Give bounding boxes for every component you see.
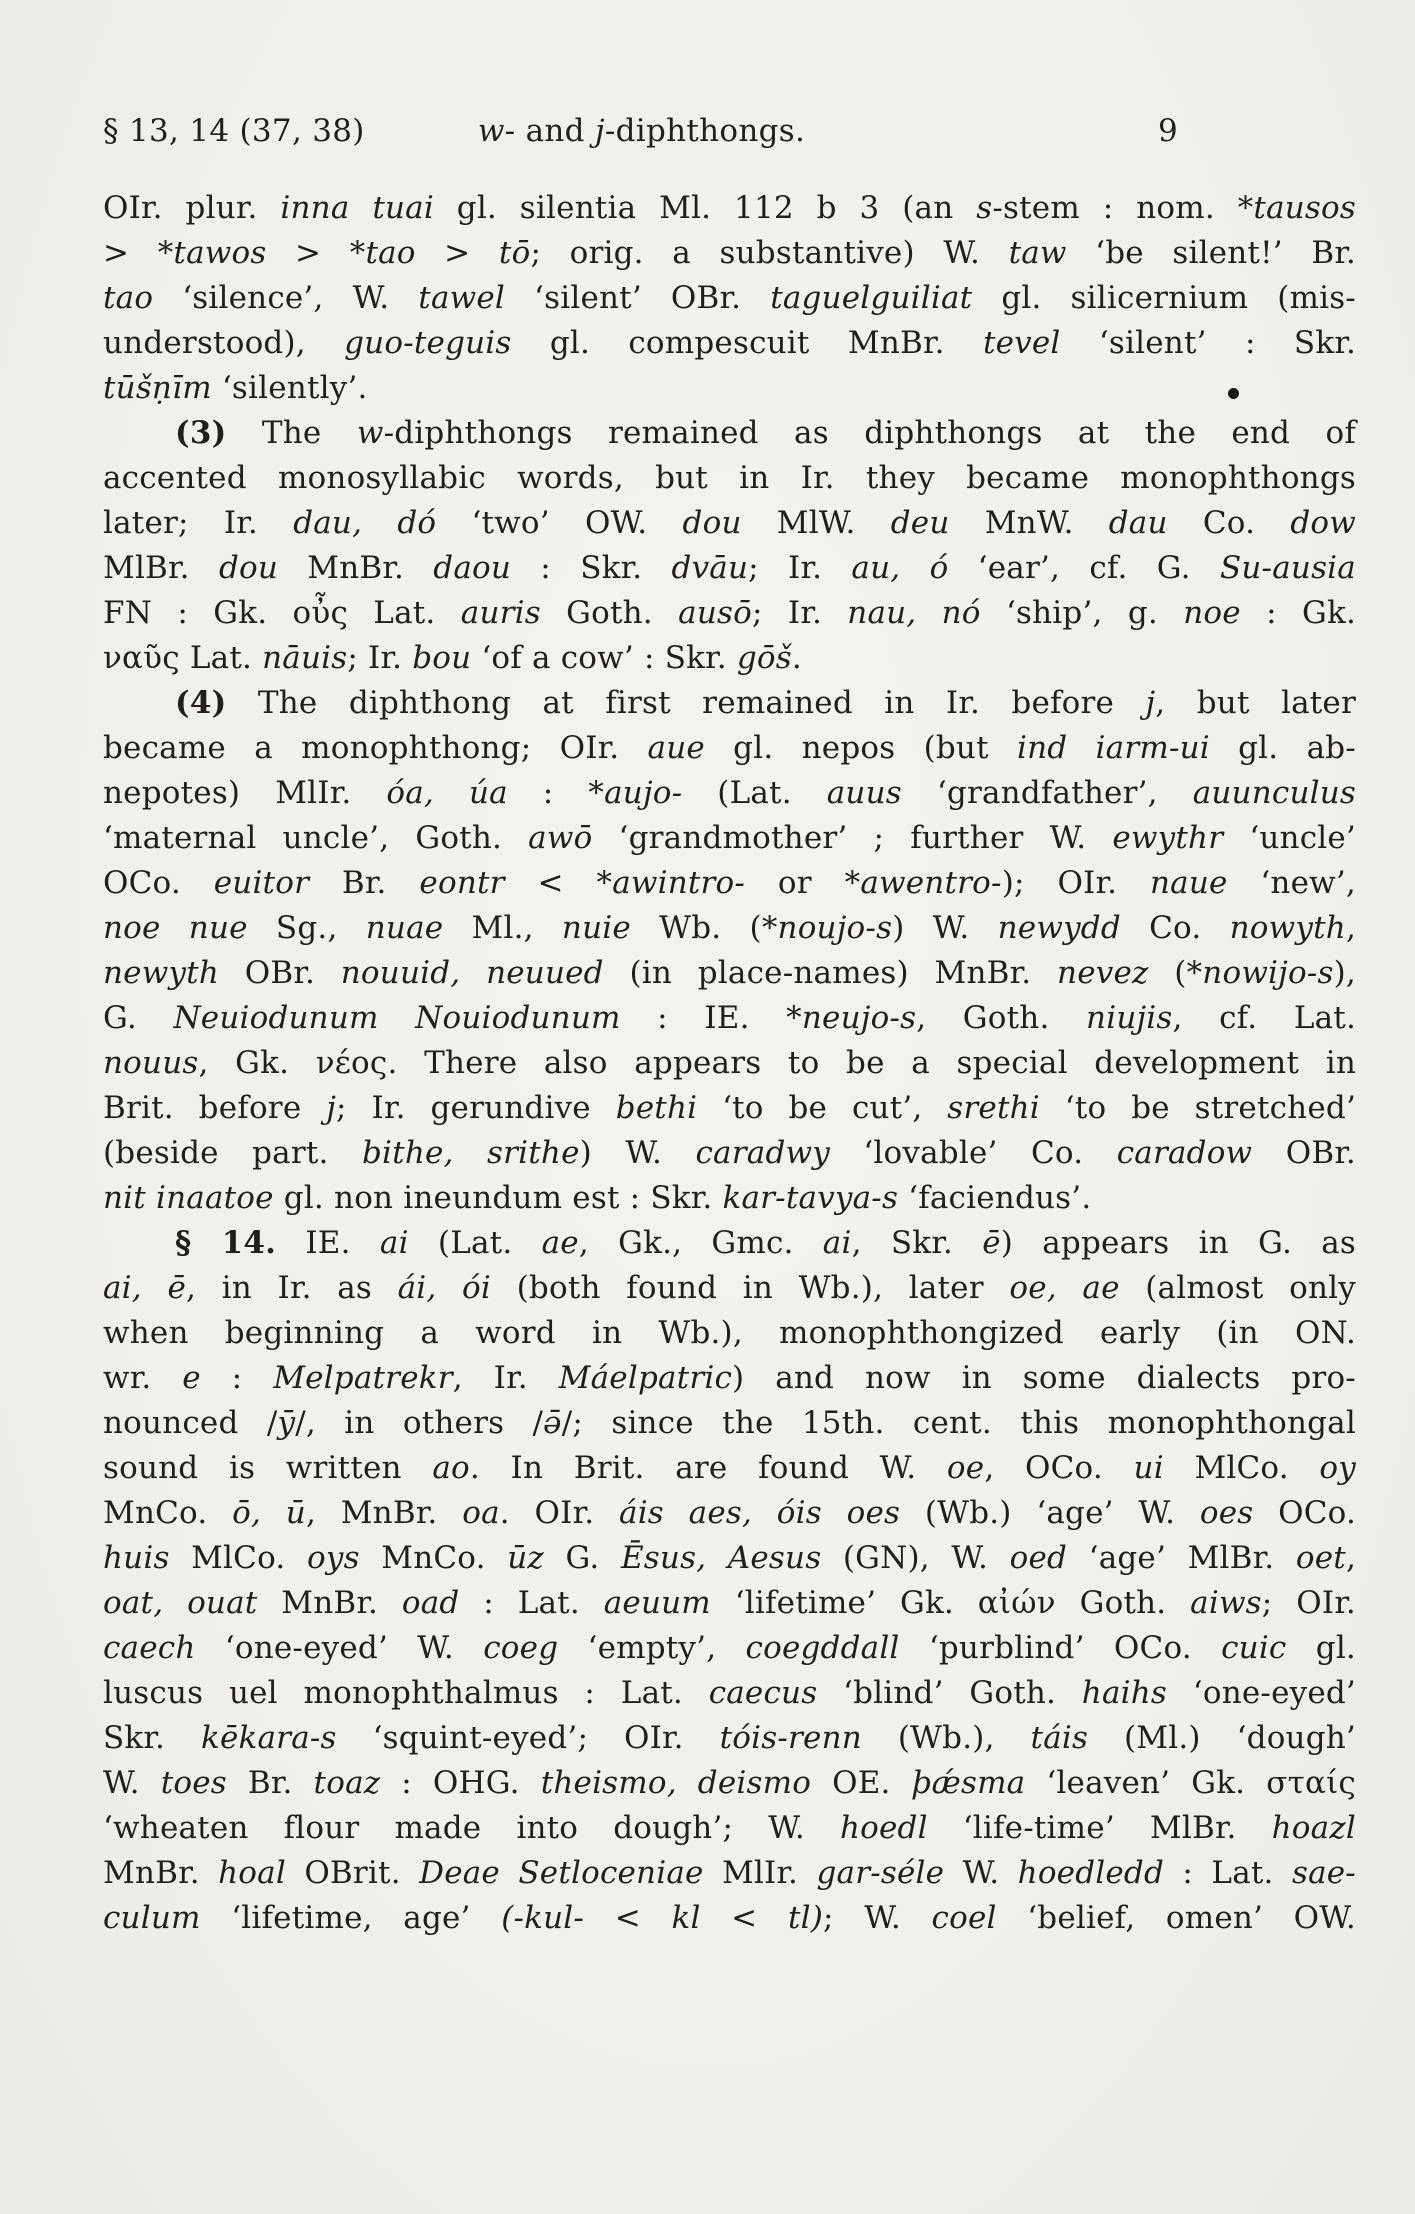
roman-text: Co. [1168,505,1291,541]
roman-text: (Wb.), [862,1720,1031,1756]
italic-text: w [478,113,505,149]
italic-text: ai [380,1225,409,1261]
roman-text: ‘age’ MlBr. [1067,1540,1296,1576]
roman-text: ; Ir. [748,550,851,586]
roman-text: . [792,640,802,676]
roman-text: , [1346,910,1356,946]
text-line: wr. e : Melpatrekr, Ir. Máelpatric) and … [103,1356,1356,1401]
text-line: MlBr. dou MnBr. daou : Skr. dvāu; Ir. au… [103,546,1356,591]
italic-text: aiws [1190,1585,1262,1621]
italic-text: Neuiodunum Nouiodunum [173,1000,620,1036]
roman-text: , Gk. [198,1045,315,1081]
roman-text: , but later [1155,685,1356,721]
italic-text: þǽsma [912,1765,1026,1801]
text-line: nepotes) MlIr. óa, úa : *aujo- (Lat. auu… [103,771,1356,816]
roman-text: MlW. [742,505,891,541]
italic-text: tō [499,235,531,271]
italic-text: coel [932,1900,997,1936]
roman-text: OCo. [103,865,214,901]
text-line: Skr. kēkara-s ‘squint-eyed’; OIr. tóis-r… [103,1716,1356,1761]
roman-text: MnBr. [278,550,433,586]
roman-text: /; since the 15th. cent. this monophthon… [562,1405,1356,1441]
roman-text: The diphthong at first remained in Ir. b… [227,685,1146,721]
roman-text: Skr. [103,1720,201,1756]
roman-text: , Gk., Gmc. [579,1225,823,1261]
roman-text: ‘silent’ OBr. [505,280,770,316]
bold-text: (4) [175,685,227,721]
page-header: § 13, 14 (37, 38) w- and j-diphthongs. 9 [103,109,1356,154]
italic-text: e [182,1360,201,1396]
roman-text: OBrit. [286,1855,419,1891]
text-line: G. Neuiodunum Nouiodunum : IE. *neujo-s,… [103,996,1356,1041]
roman-text: luscus uel monophthalmus : Lat. [103,1675,709,1711]
italic-text: neujo-s [802,1000,916,1036]
roman-text: : IE. * [621,1000,802,1036]
roman-text: G. [103,1000,173,1036]
italic-text: theismo, deismo [541,1765,811,1801]
italic-text: oys [307,1540,360,1576]
italic-text: dow [1290,505,1356,541]
text-line: (beside part. bithe, srithe) W. caradwy … [103,1131,1356,1176]
italic-text: tawos [173,235,266,271]
italic-text: tūšṇīm [103,370,212,406]
roman-text: -stem : nom. * [992,190,1253,226]
text-line: OCo. euitor Br. eontr < *awintro- or *aw… [103,861,1356,906]
text-line: > *tawos > *tao > tō; orig. a substantiv… [103,231,1356,276]
italic-text: guo-teguis [344,325,511,361]
italic-text: huis [103,1540,170,1576]
text-line: nouus, Gk. νέος. There also appears to b… [103,1041,1356,1086]
roman-text: : OHG. [380,1765,540,1801]
italic-text: j [326,1090,336,1126]
italic-text: ae [542,1225,579,1261]
roman-text: ‘lifetime, age’ [201,1900,502,1936]
roman-text: G. [544,1540,621,1576]
text-line: W. toes Br. toaz : OHG. theismo, deismo … [103,1761,1356,1806]
roman-text: MlBr. [103,550,219,586]
roman-text: ‘one-eyed’ [1167,1675,1356,1711]
roman-text: : Skr. [511,550,671,586]
roman-text: (Lat. [682,775,826,811]
roman-text: ‘leaven’ Gk. [1025,1765,1266,1801]
text-line: ai, ē, in Ir. as ái, ói (both found in W… [103,1266,1356,1311]
italic-text: ō, ū [232,1495,306,1531]
roman-text: ‘empty’, [558,1630,745,1666]
italic-text: cuic [1221,1630,1286,1666]
roman-text: /, in others / [295,1405,543,1441]
text-line: oat, ouat MnBr. oad : Lat. aeuum ‘lifeti… [103,1581,1356,1626]
italic-text: hoedl [840,1810,928,1846]
roman-text: -diphthongs remained as diphthongs at th… [384,415,1356,451]
italic-text: culum [103,1900,201,1936]
roman-text: (almost only [1120,1270,1356,1306]
bold-text: (3) [175,415,227,451]
italic-text: newyth [103,955,219,991]
roman-text: , in Ir. as [186,1270,398,1306]
italic-text: áis aes, óis oes [619,1495,900,1531]
roman-text: ‘faciendus’. [898,1180,1091,1216]
italic-text: ē [982,1225,1001,1261]
roman-text: when beginning a word in Wb.), monophtho… [103,1315,1356,1351]
roman-text: (GN), W. [821,1540,1009,1576]
roman-text: , Goth. [916,1000,1086,1036]
scanned-book-page: § 13, 14 (37, 38) w- and j-diphthongs. 9… [0,0,1415,2214]
roman-text: ‘lovable’ Co. [830,1135,1117,1171]
roman-text: ); OIr. [1002,865,1150,901]
italic-text: nouus [103,1045,198,1081]
italic-text: auunculus [1193,775,1356,811]
greek-text: αἰών [978,1585,1056,1621]
italic-text: au, ó [851,550,948,586]
roman-text: FN : Gk. [103,595,293,631]
italic-text: aue [648,730,705,766]
roman-text: ; orig. a substantive) W. [530,235,1008,271]
roman-text: ‘be silent!’ Br. [1067,235,1356,271]
roman-text: (in place-names) MnBr. [604,955,1057,991]
roman-text: OBr. [219,955,341,991]
italic-text: srethi [947,1090,1040,1126]
italic-text: oed [1010,1540,1067,1576]
roman-text: W. [944,1855,1017,1891]
italic-text: gar-séle [816,1855,944,1891]
italic-text: ausō [678,595,752,631]
italic-text: j [1145,685,1155,721]
roman-text: Br. [227,1765,314,1801]
roman-text: , cf. Lat. [1173,1000,1356,1036]
italic-text: tawel [418,280,505,316]
italic-text: oa [462,1495,500,1531]
text-line: nounced /ȳ/, in others /ə̄/; since the 1… [103,1401,1356,1446]
italic-text: naue [1150,865,1228,901]
text-line: noe nue Sg., nuae Ml., nuie Wb. (*noujo-… [103,906,1356,951]
roman-text: : [201,1360,273,1396]
italic-text: oe [947,1450,984,1486]
italic-text: bithe, srithe [362,1135,580,1171]
roman-text: (Wb.) ‘age’ W. [900,1495,1200,1531]
roman-text: > * [266,235,365,271]
roman-text: ; OIr. [1262,1585,1356,1621]
italic-text: ái, ói [398,1270,491,1306]
roman-text: Brit. before [103,1090,326,1126]
roman-text: , MnBr. [306,1495,462,1531]
italic-text: Su-ausia [1220,550,1356,586]
italic-text: auris [461,595,541,631]
italic-text: oe, ae [1009,1270,1119,1306]
italic-text: deu [891,505,950,541]
roman-text: ‘grandfather’, [902,775,1193,811]
text-line: when beginning a word in Wb.), monophtho… [103,1311,1356,1356]
roman-text: ‘of a cow’ : Skr. [471,640,737,676]
text-line: caech ‘one-eyed’ W. coeg ‘empty’, coegdd… [103,1626,1356,1671]
text-line: sound is written ao. In Brit. are found … [103,1446,1356,1491]
italic-text: caech [103,1630,196,1666]
italic-text: nowyth [1230,910,1346,946]
roman-text: (Ml.) ‘dough’ [1088,1720,1356,1756]
italic-text: oes [1200,1495,1254,1531]
roman-text: ‘grandmother’ ; further W. [592,820,1112,856]
text-line: (4) The diphthong at first remained in I… [103,681,1356,726]
italic-text: dau, dó [293,505,436,541]
italic-text: s [976,190,992,226]
italic-text: Melpatrekr [273,1360,453,1396]
roman-text: The [227,415,357,451]
italic-text: hoal [218,1855,286,1891]
roman-text: (Lat. [409,1225,542,1261]
italic-text: noujo-s [778,910,893,946]
roman-text: Co. [1121,910,1230,946]
roman-text: , OCo. [984,1450,1133,1486]
italic-text: tl) [788,1900,823,1936]
roman-text: MlIr. [704,1855,817,1891]
italic-text: hoedledd [1018,1855,1164,1891]
italic-text: auus [827,775,902,811]
roman-text: ‘belief, omen’ OW. [997,1900,1356,1936]
italic-text: caradwy [696,1135,830,1171]
roman-text: . In Brit. are found W. [470,1450,947,1486]
roman-text: OBr. [1252,1135,1356,1171]
roman-text: . There also appears to be a special dev… [387,1045,1356,1081]
roman-text: gl. non ineundum est : Skr. [274,1180,723,1216]
roman-text: Lat. [180,640,262,676]
roman-text: : Lat. [459,1585,603,1621]
italic-text: tóis-renn [720,1720,862,1756]
roman-text: ‘to be cut’, [697,1090,947,1126]
italic-text: kar-tavya-s [723,1180,899,1216]
bold-text: § 14. [175,1225,276,1261]
roman-text: MlCo. [1164,1450,1320,1486]
running-title: w- and j-diphthongs. [478,109,805,154]
italic-text: nuae [366,910,444,946]
roman-text: gl. ab- [1210,730,1356,766]
roman-text: (beside part. [103,1135,362,1171]
roman-text: ; Ir. [347,640,412,676]
roman-text: or * [745,865,860,901]
roman-text: gl. nepos (but [705,730,1017,766]
italic-text: coegddall [746,1630,900,1666]
roman-text: OCo. [1253,1495,1356,1531]
text-line: later; Ir. dau, dó ‘two’ OW. dou MlW. de… [103,501,1356,546]
italic-text: j [595,113,605,149]
italic-text: oet [1296,1540,1346,1576]
roman-text: sound is written [103,1450,432,1486]
section-reference: § 13, 14 (37, 38) [103,109,365,154]
roman-text: ) appears in G. as [1001,1225,1356,1261]
italic-text: Máelpatric [559,1360,732,1396]
text-line: MnBr. hoal OBrit. Deae Setloceniae MlIr.… [103,1851,1356,1896]
roman-text: ‘life-time’ MlBr. [928,1810,1272,1846]
italic-text: w [357,415,384,451]
roman-text: gl. [1287,1630,1356,1666]
roman-text: OIr. plur. [103,190,280,226]
roman-text: ) W. [892,910,997,946]
text-line: became a monophthong; OIr. aue gl. nepos… [103,726,1356,771]
roman-text: ‘new’, [1228,865,1356,901]
roman-text: < * [505,865,613,901]
roman-text: became a monophthong; OIr. [103,730,648,766]
roman-text: , Skr. [852,1225,983,1261]
italic-text: euitor [214,865,309,901]
roman-text: IE. [276,1225,380,1261]
italic-text: ə̄ [543,1405,562,1441]
text-line: huis MlCo. oys MnCo. ūz G. Ēsus, Aesus (… [103,1536,1356,1581]
text-line: newyth OBr. nouuid, neuued (in place-nam… [103,951,1356,996]
roman-text: ‘silent’ : Skr. [1061,325,1356,361]
text-line: § 14. IE. ai (Lat. ae, Gk., Gmc. ai, Skr… [103,1221,1356,1266]
text-line: ναῦς Lat. nāuis; Ir. bou ‘of a cow’ : Sk… [103,636,1356,681]
roman-text: . OIr. [500,1495,619,1531]
italic-text: dou [219,550,278,586]
text-line: FN : Gk. οὖς Lat. auris Goth. ausō; Ir. … [103,591,1356,636]
roman-text: > [416,235,499,271]
roman-text: ), [1334,955,1356,991]
text-line: MnCo. ō, ū, MnBr. oa. OIr. áis aes, óis … [103,1491,1356,1536]
italic-text: aeuum [604,1585,711,1621]
italic-text: tevel [983,325,1061,361]
italic-text: Ēsus, Aesus [621,1540,821,1576]
italic-text: dou [683,505,742,541]
italic-text: dau [1109,505,1168,541]
roman-text: ‘to be stretched’ [1040,1090,1356,1126]
roman-text: ; Ir. [752,595,847,631]
italic-text: oad [402,1585,460,1621]
italic-text: ȳ [277,1405,295,1441]
roman-text: gl. compescuit MnBr. [512,325,983,361]
text-line: understood), guo-teguis gl. compescuit M… [103,321,1356,366]
roman-text: Ml., [443,910,562,946]
roman-text: OE. [811,1765,912,1801]
roman-text: W. [103,1765,161,1801]
italic-text: tao [103,280,153,316]
italic-text: ūz [507,1540,544,1576]
italic-text: ui [1134,1450,1164,1486]
roman-text: : Lat. [1164,1855,1292,1891]
roman-text: MnCo. [360,1540,508,1576]
roman-text: ) W. [580,1135,696,1171]
roman-text: ‘ship’, g. [981,595,1184,631]
text-line: accented monosyllabic words, but in Ir. … [103,456,1356,501]
roman-text: < [584,1900,671,1936]
italic-text: sae- [1292,1855,1356,1891]
roman-text: : * [508,775,604,811]
roman-text: ‘silence’, W. [153,280,418,316]
roman-text: ; W. [823,1900,932,1936]
roman-text: > * [103,235,173,271]
italic-text: taw [1009,235,1067,271]
italic-text: (-kul- [501,1900,584,1936]
roman-text: ‘uncle’ [1223,820,1356,856]
roman-text: ‘wheaten flour made into dough’; W. [103,1810,840,1846]
roman-text: Wb. (* [631,910,778,946]
roman-text: understood), [103,325,344,361]
italic-text: newydd [998,910,1121,946]
italic-text: aujo- [604,775,682,811]
italic-text: bethi [616,1090,698,1126]
italic-text: gōš [737,640,792,676]
italic-text: toes [161,1765,227,1801]
roman-text: - and [505,113,595,149]
italic-text: coeg [483,1630,558,1666]
roman-text: Goth. [541,595,678,631]
roman-text: ) and now in some dialects pro- [732,1360,1356,1396]
italic-text: oy [1319,1450,1356,1486]
italic-text: noe nue [103,910,248,946]
italic-text: oat, ouat [103,1585,257,1621]
italic-text: tao [365,235,415,271]
italic-text: táis [1031,1720,1089,1756]
roman-text: ‘blind’ Goth. [817,1675,1081,1711]
italic-text: óa, úa [386,775,507,811]
text-line: luscus uel monophthalmus : Lat. caecus ‘… [103,1671,1356,1716]
ink-dot-artifact [1228,388,1239,399]
roman-text: : Gk. [1241,595,1356,631]
roman-text: (* [1149,955,1203,991]
text-line: (3) The w-diphthongs remained as diphtho… [103,411,1356,456]
roman-text: ‘maternal uncle’, Goth. [103,820,528,856]
roman-text: MnCo. [103,1495,232,1531]
text-line: OIr. plur. inna tuai gl. silentia Ml. 11… [103,186,1356,231]
roman-text: gl. silicernium (mis- [972,280,1356,316]
italic-text: noe [1183,595,1241,631]
roman-text: , [1346,1540,1356,1576]
italic-text: nāuis [262,640,347,676]
roman-text: ‘ear’, cf. G. [948,550,1220,586]
italic-text: taguelguiliat [770,280,972,316]
roman-text: < [701,1900,788,1936]
italic-text: ai [823,1225,852,1261]
roman-text: ‘lifetime’ Gk. [711,1585,978,1621]
roman-text: MnW. [950,505,1109,541]
roman-text: MnBr. [103,1855,218,1891]
italic-text: nau, nó [847,595,980,631]
italic-text: ewythr [1112,820,1223,856]
roman-text: Lat. [348,595,461,631]
italic-text: ai, ē [103,1270,186,1306]
roman-text: ‘one-eyed’ W. [196,1630,484,1666]
roman-text: wr. [103,1360,182,1396]
italic-text: inna tuai [280,190,434,226]
italic-text: ind iarm-ui [1017,730,1210,766]
italic-text: ao [432,1450,470,1486]
italic-text: niujis [1086,1000,1172,1036]
italic-text: Deae Setloceniae [419,1855,703,1891]
italic-text: haihs [1082,1675,1167,1711]
text-line: Brit. before j; Ir. gerundive bethi ‘to … [103,1086,1356,1131]
roman-text: ; Ir. gerundive [336,1090,616,1126]
roman-text: later; Ir. [103,505,293,541]
greek-text: ναῦς [103,640,180,676]
italic-text: nowijo-s [1202,955,1333,991]
roman-text: Goth. [1056,1585,1190,1621]
roman-text: ‘silently’. [212,370,368,406]
italic-text: kēkara-s [201,1720,337,1756]
page-number: 9 [1158,109,1356,154]
roman-text: gl. silentia Ml. 112 b 3 (an [434,190,976,226]
roman-text: Sg., [248,910,366,946]
italic-text: toaz [314,1765,381,1801]
italic-text: kl [671,1900,700,1936]
italic-text: nit inaatoe [103,1180,274,1216]
roman-text: Br. [309,865,419,901]
text-block: OIr. plur. inna tuai gl. silentia Ml. 11… [103,186,1356,1941]
text-line: tūšṇīm ‘silently’. [103,366,1356,411]
italic-text: caecus [709,1675,818,1711]
italic-text: caradow [1117,1135,1253,1171]
text-line: ‘maternal uncle’, Goth. awō ‘grandmother… [103,816,1356,861]
roman-text: ‘squint-eyed’; OIr. [337,1720,720,1756]
text-line: tao ‘silence’, W. tawel ‘silent’ OBr. ta… [103,276,1356,321]
text-line: ‘wheaten flour made into dough’; W. hoed… [103,1806,1356,1851]
roman-text: (both found in Wb.), later [491,1270,1009,1306]
